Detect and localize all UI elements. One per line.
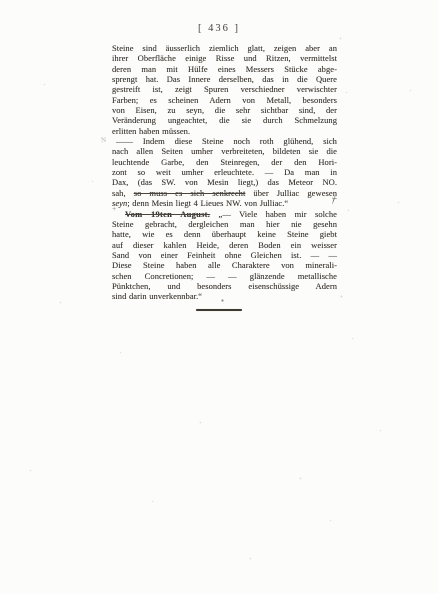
paragraph-margin-mark-icon: N [101,136,107,144]
text-segment: Pünktchen, und besonders eisenschüssige … [112,281,337,291]
text-line: auf dieser kahlen Heide, deren Boden ein… [112,240,337,250]
text-segment: leuchtende Garbe, den Steinregen, der de… [112,157,337,167]
text-segment: Sand von einer Feinheit ohne Gleichen is… [112,250,337,260]
text-segment: Diese Steine haben alle Charaktere von m… [112,260,337,270]
hand-struck-text: so muss es sich senkrecht [134,188,246,198]
section-end-rule [196,309,242,311]
text-segment: Veränderung ungeachtet, die sie durch Sc… [112,115,337,125]
text-line: zont so weit umher erleuchtete. — Da man… [112,167,337,177]
text-line: Steine gebracht, dergleichen man hier ni… [112,219,337,229]
text-segment: gestreift ist, zeigt Spuren verschiedner… [112,84,337,94]
left-margin-ink-mark-icon: + [112,204,116,213]
text-segment: über Julliac gewesen [245,188,337,198]
text-segment: sah, [112,188,134,198]
text-segment: „— Viele haben mir solche [210,209,337,219]
text-segment: Farben; es scheinen Adern von Metall, be… [112,95,337,105]
text-segment: ; denn Mesin liegt 4 Lieues NW. von Jull… [127,198,288,208]
text-line: leuchtende Garbe, den Steinregen, der de… [112,157,337,167]
text-segment: hatte, wie es denn überhaupt keine Stein… [112,229,337,239]
text-segment: nach allen Seiten umher verbreiteten, bi… [112,146,337,156]
text-line: Vom 19ten August. „— Viele haben mir sol… [112,209,337,219]
text-segment: Steine gebracht, dergleichen man hier ni… [112,219,337,229]
text-line: sprengt hat. Das Innere derselben, das i… [112,74,337,84]
hand-struck-text: Vom 19ten August. [125,209,210,219]
text-line: deren man mit Hülfe eines Messers Stücke… [112,64,337,74]
text-segment: schen Concretionen; — — glänzende metall… [112,271,337,281]
text-line: Veränderung ungeachtet, die sie durch Sc… [112,115,337,125]
text-line: nach allen Seiten umher verbreiteten, bi… [112,146,337,156]
page-number: [ 436 ] [0,23,438,34]
paper-noise-specks [0,0,1,1]
text-segment: ihrer Oberfläche einige Risse und Ritzen… [112,53,337,63]
text-line: sah, so muss es sich senkrecht über Jull… [112,188,337,198]
text-line: gestreift ist, zeigt Spuren verschiedner… [112,84,337,94]
text-segment: auf dieser kahlen Heide, deren Boden ein… [112,240,337,250]
text-line: seyn; denn Mesin liegt 4 Lieues NW. von … [112,198,337,208]
text-line: Pünktchen, und besonders eisenschüssige … [112,281,337,291]
text-segment: zont so weit umher erleuchtete. — Da man… [112,167,337,177]
text-segment: —— Indem diese Steine noch roth glühend,… [116,136,337,146]
text-segment: erlitten haben müssen. [112,126,190,136]
text-line: hatte, wie es denn überhaupt keine Stein… [112,229,337,239]
text-line: —— Indem diese Steine noch roth glühend,… [112,136,337,146]
text-segment: von Eisen, zu seyn, die sehr sichtbar si… [112,105,337,115]
text-segment: sprengt hat. Das Innere derselben, das i… [112,74,337,84]
text-line: erlitten haben müssen. [112,126,337,136]
text-line: Sand von einer Feinheit ohne Gleichen is… [112,250,337,260]
book-page-scan: [ 436 ] Steine sind äusserlich ziemlich … [0,0,438,594]
text-line: Farben; es scheinen Adern von Metall, be… [112,95,337,105]
text-line: Diese Steine haben alle Charaktere von m… [112,260,337,270]
body-text: Steine sind äusserlich ziemlich glatt, z… [112,43,337,302]
text-line: schen Concretionen; — — glänzende metall… [112,271,337,281]
text-segment: sind darin unverkennbar.“ [112,291,202,301]
text-line: Steine sind äusserlich ziemlich glatt, z… [112,43,337,53]
text-line: ihrer Oberfläche einige Risse und Ritzen… [112,53,337,63]
text-segment: Dax, (das SW. von Mesin liegt,) das Mete… [112,177,337,187]
text-line: Dax, (das SW. von Mesin liegt,) das Mete… [112,177,337,187]
text-segment: Steine sind äusserlich ziemlich glatt, z… [112,43,337,53]
text-line: sind darin unverkennbar.“ [112,291,337,301]
text-segment: deren man mit Hülfe eines Messers Stücke… [112,64,337,74]
text-line: von Eisen, zu seyn, die sehr sichtbar si… [112,105,337,115]
